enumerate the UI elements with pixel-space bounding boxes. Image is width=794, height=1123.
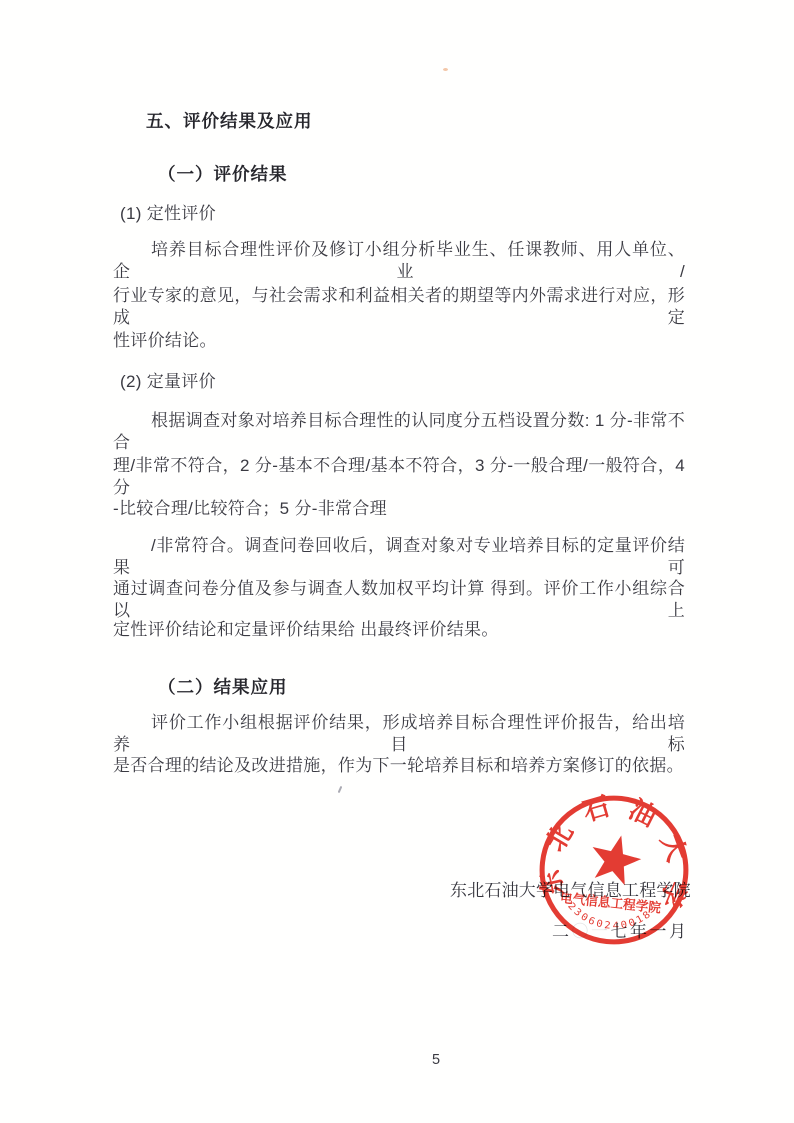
page-number: 5 bbox=[425, 1052, 447, 1068]
paragraph-line: 根据调查对象对培养目标合理性的认同度分五档设置分数: 1 分-非常不合 bbox=[113, 410, 685, 454]
official-seal-stamp: 东北石油大学 电气信息工程学院 23060240018 bbox=[525, 781, 703, 959]
scan-artifact-mark bbox=[338, 786, 343, 793]
item-2-label: (2) 定量评价 bbox=[120, 371, 216, 393]
scanned-document-page: 五、评价结果及应用 （一）评价结果 (1) 定性评价 培养目标合理性评价及修订小… bbox=[0, 0, 794, 1123]
paragraph-line: 理/非常不符合，2 分-基本不合理/基本不符合，3 分-一般合理/一般符合，4 … bbox=[113, 455, 685, 499]
paragraph-line: 评价工作小组根据评价结果，形成培养目标合理性评价报告，给出培养目标 bbox=[113, 712, 685, 756]
subsection-1-title: （一）评价结果 bbox=[158, 161, 288, 186]
paragraph-line: 定性评价结论和定量评价结果给 出最终评价结果。 bbox=[113, 619, 685, 641]
paragraph-line: -比较合理/比较符合；5 分-非常合理 bbox=[113, 498, 685, 520]
scan-artifact-dot bbox=[443, 68, 448, 71]
paragraph-line: 性评价结论。 bbox=[113, 330, 685, 352]
star-icon bbox=[589, 833, 643, 887]
paragraph-line: 行业专家的意见，与社会需求和利益相关者的期望等内外需求进行对应，形成定 bbox=[113, 285, 685, 329]
paragraph-line: /非常符合。调查问卷回收后，调查对象对专业培养目标的定量评价结果可 bbox=[113, 535, 685, 579]
paragraph-line: 通过调查问卷分值及参与调查人数加权平均计算 得到。评价工作小组综合以上 bbox=[113, 578, 685, 622]
section-heading: 五、评价结果及应用 bbox=[146, 108, 313, 133]
item-1-label: (1) 定性评价 bbox=[120, 203, 216, 225]
paragraph-line: 培养目标合理性评价及修订小组分析毕业生、任课教师、用人单位、企业/ bbox=[113, 239, 685, 283]
paragraph-line: 是否合理的结论及改进措施，作为下一轮培养目标和培养方案修订的依据。 bbox=[113, 755, 685, 777]
subsection-2-title: （二）结果应用 bbox=[158, 674, 288, 699]
